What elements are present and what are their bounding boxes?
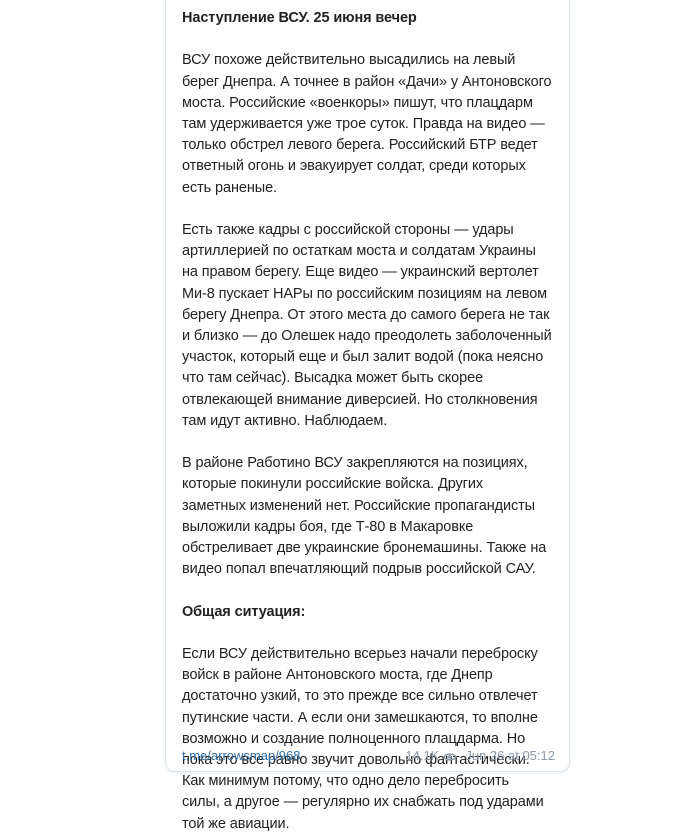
text-line: В районе Работино ВСУ закрепляются на по… <box>182 453 562 474</box>
text-line: моста. Российские «военкоры» пишут, что … <box>182 93 562 114</box>
text-line: отвлекающей внимание диверсией. Но столк… <box>182 390 562 411</box>
spacer <box>182 432 562 453</box>
text-line: берегу Днепра. От этого места до самого … <box>182 305 562 326</box>
text-line: Есть также кадры с российской стороны — … <box>182 220 562 241</box>
text-line: только обстрел левого берега. Российский… <box>182 135 562 156</box>
post-meta: 14.1K Jun 26 at 05:12 <box>405 748 555 763</box>
section-heading: Общая ситуация: <box>182 602 562 623</box>
text-line: есть раненые. <box>182 178 562 199</box>
text-line: видео попал впечатляющий подрыв российск… <box>182 559 562 580</box>
text-line: выложили кадры боя, где Т-80 в Макаровке <box>182 517 562 538</box>
text-line: и близко — до Олешек надо преодолеть заб… <box>182 326 562 347</box>
text-line: заметных изменений нет. Российские пропа… <box>182 496 562 517</box>
text-line: участок, который еще и был залит водой (… <box>182 347 562 368</box>
text-line: ВСУ похоже действительно высадились на л… <box>182 50 562 71</box>
text-line: Ми-8 пускает НАРы по российским позициям… <box>182 284 562 305</box>
post-footer: t.me/arrowsmap/968 14.1K Jun 26 at 05:12 <box>182 745 555 765</box>
text-line: что там сейчас). Высадка может быть скор… <box>182 368 562 389</box>
paragraph-1: ВСУ похоже действительно высадились на л… <box>182 50 562 198</box>
text-line: Если ВСУ действительно всерьез начали пе… <box>182 644 562 665</box>
text-line: обстреливает две украинские бронемашины.… <box>182 538 562 559</box>
text-line: берег Днепра. А точнее в район «Дачи» у … <box>182 72 562 93</box>
text-line: достаточно узкий, то это прежде все силь… <box>182 686 562 707</box>
paragraph-2: Есть также кадры с российской стороны — … <box>182 220 562 432</box>
text-line: ответный огонь и эвакуирует солдат, сред… <box>182 156 562 177</box>
text-line: которые покинули российские войска. Друг… <box>182 474 562 495</box>
post-timestamp: Jun 26 at 05:12 <box>465 748 555 763</box>
text-line: на правом берегу. Еще видео — украинский… <box>182 262 562 283</box>
text-line: Как минимум потому, что одно дело перебр… <box>182 771 562 785</box>
post-card: Наступление ВСУ. 25 июня вечер ВСУ похож… <box>165 0 570 772</box>
spacer <box>182 29 562 50</box>
paragraph-3: В районе Работино ВСУ закрепляются на по… <box>182 453 562 580</box>
text-line: там идут активно. Наблюдаем. <box>182 411 562 432</box>
view-count: 14.1K <box>405 748 439 763</box>
text-line: войск в районе Антоновского моста, где Д… <box>182 665 562 686</box>
post-title: Наступление ВСУ. 25 июня вечер <box>182 8 562 29</box>
spacer <box>182 199 562 220</box>
post-link[interactable]: t.me/arrowsmap/968 <box>182 748 301 763</box>
spacer <box>182 623 562 644</box>
text-line: путинские части. А если они замешкаются,… <box>182 708 562 729</box>
text-line: там удерживается уже трое суток. Правда … <box>182 114 562 135</box>
eye-icon <box>443 750 457 760</box>
spacer <box>182 580 562 601</box>
text-line: артиллерией по остаткам моста и солдатам… <box>182 241 562 262</box>
post-body: Наступление ВСУ. 25 июня вечер ВСУ похож… <box>182 8 562 785</box>
